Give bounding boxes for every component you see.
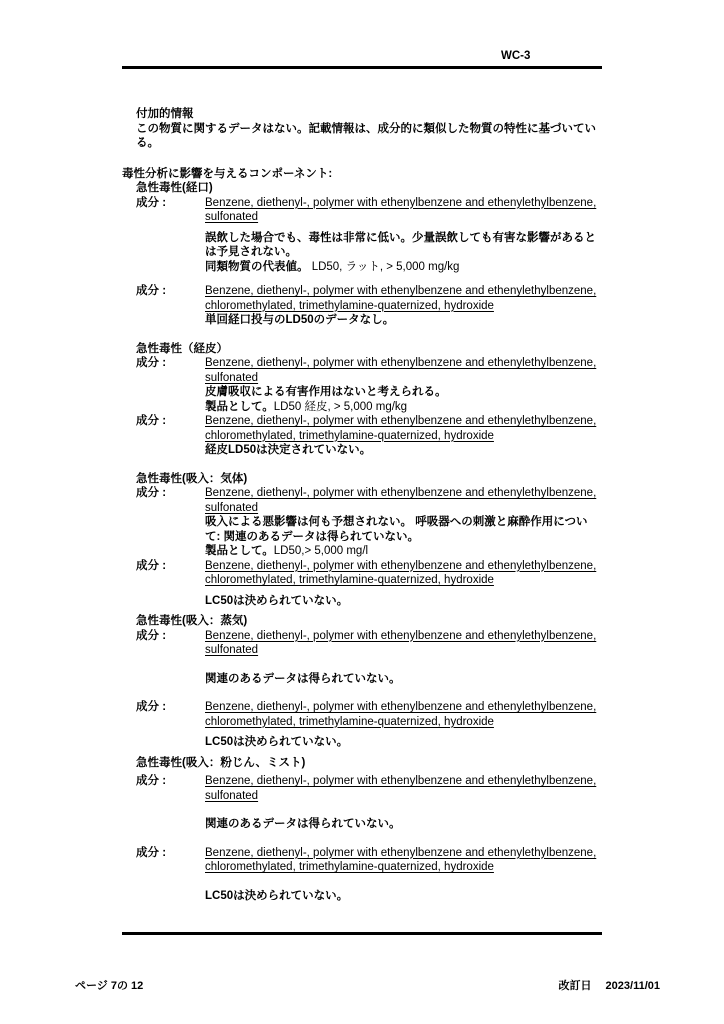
- component-label: 成分 :: [136, 486, 205, 559]
- data-value-line: 製品として。LD50,> 5,000 mg/l: [205, 544, 603, 559]
- component-label: 成分 :: [136, 196, 205, 275]
- chemical-name: Benzene, diethenyl-, polymer with etheny…: [205, 559, 603, 588]
- component-entry: 成分 : Benzene, diethenyl-, polymer with e…: [0, 196, 724, 275]
- chemical-name: Benzene, diethenyl-, polymer with etheny…: [205, 414, 603, 443]
- component-label: 成分 :: [136, 284, 205, 328]
- chemical-name: Benzene, diethenyl-, polymer with etheny…: [205, 356, 603, 385]
- footer-rule: [122, 932, 602, 935]
- document-page: WC-3 付加的情報 この物質に関するデータはない。記載情報は、成分的に類似した…: [0, 0, 724, 1024]
- component-entry: 成分 : Benzene, diethenyl-, polymer with e…: [0, 486, 724, 559]
- component-entry: 成分 : Benzene, diethenyl-, polymer with e…: [0, 629, 724, 687]
- header-rule: [122, 66, 602, 69]
- chemical-name: Benzene, diethenyl-, polymer with etheny…: [205, 700, 603, 729]
- revision-label: 改訂日: [559, 980, 592, 992]
- data-value: LD50, ラット, > 5,000 mg/kg: [309, 261, 460, 273]
- note-text: LC50は決められていない。: [205, 594, 603, 609]
- note-text: 関連のあるデータは得られていない。: [205, 672, 603, 687]
- revision-info: 改訂日2023/11/01: [0, 979, 660, 994]
- component-entry: 成分 : Benzene, diethenyl-, polymer with e…: [0, 284, 724, 328]
- component-entry: 成分 : Benzene, diethenyl-, polymer with e…: [0, 700, 724, 750]
- data-lead: 製品として。: [205, 401, 274, 413]
- additional-info-title: 付加的情報: [136, 107, 724, 122]
- component-label: 成分 :: [136, 559, 205, 609]
- note-text: 単回経口投与のLD50のデータなし。: [205, 313, 603, 328]
- component-label: 成分 :: [136, 700, 205, 750]
- component-label: 成分 :: [136, 629, 205, 687]
- additional-info-text-line: この物質に関するデータはない。記載情報は、成分的に類似した物質の特性に基づいてい: [136, 122, 602, 137]
- component-entry: 成分 : Benzene, diethenyl-, polymer with e…: [0, 414, 724, 458]
- note-text: 関連のあるデータは得られていない。: [205, 817, 603, 832]
- note-text: 経皮LD50は決定されていない。: [205, 443, 603, 458]
- additional-info-text-line: る。: [136, 136, 602, 151]
- doc-code: WC-3: [501, 49, 530, 64]
- chemical-name: Benzene, diethenyl-, polymer with etheny…: [205, 629, 603, 658]
- component-entry: 成分 : Benzene, diethenyl-, polymer with e…: [0, 559, 724, 609]
- section-heading: 急性毒性(吸入：気体): [136, 472, 724, 487]
- note-text: 誤飲した場合でも、毒性は非常に低い。少量誤飲しても有害な影響があると: [205, 231, 603, 246]
- data-value-line: 製品として。LD50 経皮, > 5,000 mg/kg: [205, 400, 603, 415]
- component-label: 成分 :: [136, 774, 205, 832]
- note-text: 皮膚吸収による有害作用はないと考えられる。: [205, 385, 603, 400]
- component-entry: 成分 : Benzene, diethenyl-, polymer with e…: [0, 846, 724, 904]
- revision-date: 2023/11/01: [606, 980, 660, 992]
- section-heading: 急性毒性(経口): [136, 181, 724, 196]
- component-label: 成分 :: [136, 846, 205, 904]
- chemical-name: Benzene, diethenyl-, polymer with etheny…: [205, 196, 603, 225]
- component-label: 成分 :: [136, 414, 205, 458]
- data-value-line: 同類物質の代表値。 LD50, ラット, > 5,000 mg/kg: [205, 260, 603, 275]
- data-lead: 製品として。: [205, 545, 274, 557]
- note-text: は予見されない。: [205, 245, 603, 260]
- section-heading: 急性毒性(吸入：粉じん、ミスト): [136, 756, 724, 771]
- chemical-name: Benzene, diethenyl-, polymer with etheny…: [205, 284, 603, 313]
- chemical-name: Benzene, diethenyl-, polymer with etheny…: [205, 846, 603, 875]
- section-heading: 急性毒性（経皮）: [136, 342, 724, 357]
- note-text: 吸入による悪影響は何も予想されない。 呼吸器への刺激と麻酔作用につい: [205, 515, 603, 530]
- section-heading: 急性毒性(吸入：蒸気): [136, 614, 724, 629]
- data-value: LD50 経皮, > 5,000 mg/kg: [274, 401, 407, 413]
- page-content: 付加的情報 この物質に関するデータはない。記載情報は、成分的に類似した物質の特性…: [0, 107, 724, 903]
- component-entry: 成分 : Benzene, diethenyl-, polymer with e…: [0, 774, 724, 832]
- note-text: LC50は決められていない。: [205, 735, 603, 750]
- note-text: て: 関連のあるデータは得られていない。: [205, 530, 603, 545]
- data-lead: 同類物質の代表値。: [205, 261, 309, 273]
- component-label: 成分 :: [136, 356, 205, 414]
- toxicity-title: 毒性分析に影響を与えるコンポーネント:: [122, 167, 724, 182]
- component-entry: 成分 : Benzene, diethenyl-, polymer with e…: [0, 356, 724, 414]
- note-text: LC50は決められていない。: [205, 889, 603, 904]
- chemical-name: Benzene, diethenyl-, polymer with etheny…: [205, 486, 603, 515]
- chemical-name: Benzene, diethenyl-, polymer with etheny…: [205, 774, 603, 803]
- data-value: LD50,> 5,000 mg/l: [274, 545, 368, 557]
